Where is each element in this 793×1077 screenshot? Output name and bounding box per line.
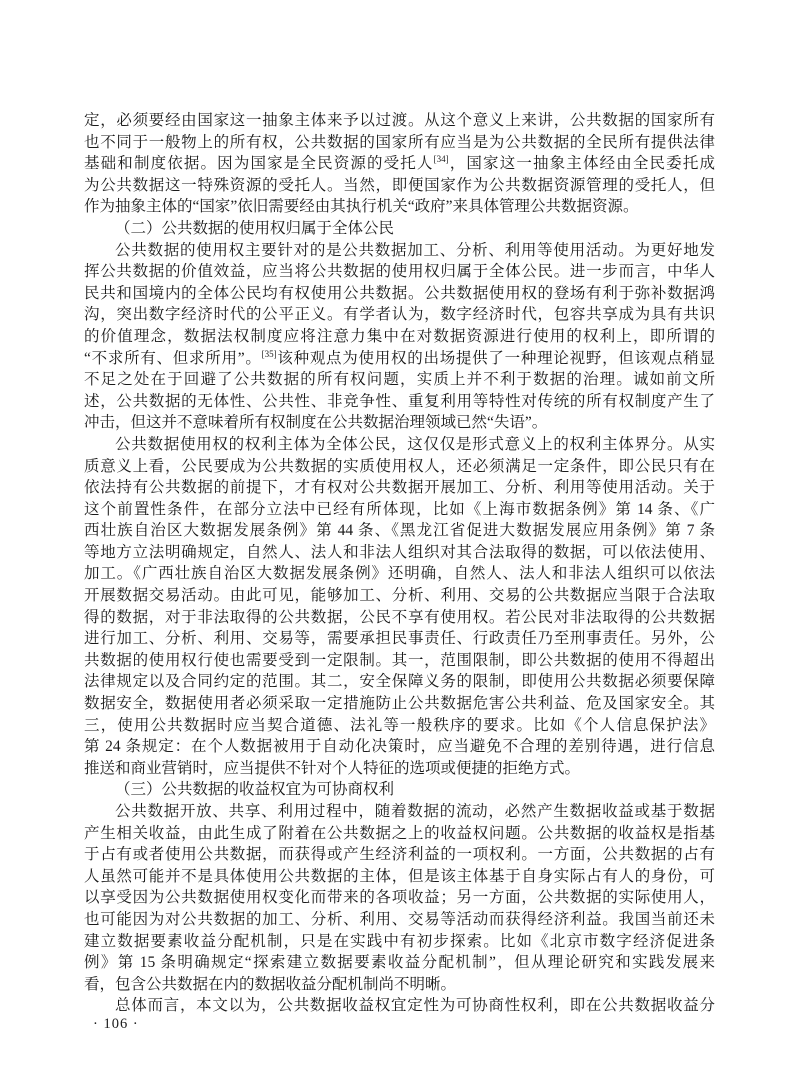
text-line: 沟，突出数字经济时代的公平正义。有学者认为，数字经济时代，包容共享成为具有共识 (84, 304, 715, 326)
text-line: 的价值理念，数据法权制度应将注意力集中在对数据资源进行使用的权利上，即所谓的 (84, 326, 715, 348)
text-line: 依法持有公共数据的前提下，才有权对公共数据开展加工、分析、利用等使用活动。关于 (84, 477, 715, 499)
text-line: 看，包含公共数据在内的数据收益分配机制尚不明晰。 (84, 974, 715, 996)
text-line: 建立数据要素收益分配机制，只是在实践中有初步探索。比如《北京市数字经济促进条 (84, 931, 715, 953)
text-line: 定，必须要经由国家这一抽象主体来予以过渡。从这个意义上来讲，公共数据的国家所有 (84, 110, 715, 132)
text-line: 作为抽象主体的“国家”依旧需要经由其执行机关“政府”来具体管理公共数据资源。 (84, 196, 715, 218)
text-line: 得的数据，对于非法取得的公共数据，公民不享有使用权。若公民对非法取得的公共数据 (84, 607, 715, 629)
text-line: 公共数据开放、共享、利用过程中，随着数据的流动，必然产生数据收益或基于数据 (84, 801, 715, 823)
text-line: 人虽然可能并不是具体使用公共数据的主体，但是该主体基于自身实际占有人的身份，可 (84, 866, 715, 888)
text-block: 定，必须要经由国家这一抽象主体来予以过渡。从这个意义上来讲，公共数据的国家所有也… (84, 110, 715, 1017)
text-line: 推送和商业营销时，应当提供不针对个人特征的选项或便捷的拒绝方式。 (84, 758, 715, 780)
text-line: 西壮族自治区大数据发展条例》第 44 条、《黑龙江省促进大数据发展应用条例》第 … (84, 520, 715, 542)
text-line: 等地方立法明确规定，自然人、法人和非法人组织对其合法取得的数据，可以依法使用、 (84, 542, 715, 564)
text-line: 公共数据的使用权主要针对的是公共数据加工、分析、利用等使用活动。为更好地发 (84, 240, 715, 262)
text-line: 基础和制度依据。因为国家是全民资源的受托人[34]，国家这一抽象主体经由全民委托… (84, 153, 715, 175)
text-line: 于占有或者使用公共数据，而获得或产生经济利益的一项权利。一方面，公共数据的占有 (84, 844, 715, 866)
text-line: 共数据的使用权行使也需要受到一定限制。其一，范围限制，即公共数据的使用不得超出 (84, 650, 715, 672)
text-line: 述，公共数据的无体性、公共性、非竞争性、重复利用等特性对传统的所有权制度产生了 (84, 391, 715, 413)
text-line: 质意义上看，公民要成为公共数据的实质使用权人，还必须满足一定条件，即公民只有在 (84, 456, 715, 478)
footnote-ref: [35] (262, 348, 277, 358)
text-line: 三，使用公共数据时应当契合道德、法礼等一般秩序的要求。比如《个人信息保护法》 (84, 715, 715, 737)
text-line: 也可能因为对公共数据的加工、分析、利用、交易等活动而获得经济利益。我国当前还未 (84, 909, 715, 931)
text-line: “不求所有、但求所用”。[35]该种观点为使用权的出场提供了一种理论视野，但该观… (84, 348, 715, 370)
text-line: 以享受因为公共数据使用权变化而带来的各项收益；另一方面，公共数据的实际使用人， (84, 887, 715, 909)
text-line: 第 24 条规定：在个人数据被用于自动化决策时，应当避免不合理的差别待遇，进行信… (84, 736, 715, 758)
text-line: 冲击，但这并不意味着所有权制度在公共数据治理领域已然“失语”。 (84, 412, 715, 434)
text-line: 民共和国境内的全体公民均有权使用公共数据。公共数据使用权的登场有利于弥补数据鸿 (84, 283, 715, 305)
text-line: 也不同于一般物上的所有权，公共数据的国家所有应当是为公共数据的全民所有提供法律 (84, 132, 715, 154)
text-line: 法律规定以及合同约定的范围。其二，安全保障义务的限制，即使用公共数据必须要保障 (84, 671, 715, 693)
text-line: 进行加工、分析、利用、交易等，需要承担民事责任、行政责任乃至刑事责任。另外，公 (84, 628, 715, 650)
text-line: 加工。《广西壮族自治区大数据发展条例》还明确，自然人、法人和非法人组织可以依法 (84, 563, 715, 585)
page-number: · 106 · (93, 1016, 139, 1033)
text-line: 为公共数据这一特殊资源的受托人。当然，即便国家作为公共数据资源管理的受托人，但 (84, 175, 715, 197)
text-line: 这个前置性条件，在部分立法中已经有所体现，比如《上海市数据条例》第 14 条、《… (84, 499, 715, 521)
text-line: 总体而言，本文以为，公共数据收益权宜定性为可协商性权利，即在公共数据收益分 (84, 995, 715, 1017)
text-line: 例》第 15 条明确规定“探索建立数据要素收益分配机制”，但从理论研究和实践发展… (84, 952, 715, 974)
section-heading-line: （三）公共数据的收益权宜为可协商权利 (84, 779, 715, 801)
footnote-ref: [34] (434, 154, 449, 164)
section-heading-line: （二）公共数据的使用权归属于全体公民 (84, 218, 715, 240)
text-line: 不足之处在于回避了公共数据的所有权问题，实质上并不利于数据的治理。诚如前文所 (84, 369, 715, 391)
text-line: 开展数据交易活动。由此可见，能够加工、分析、利用、交易的公共数据应当限于合法取 (84, 585, 715, 607)
text-line: 公共数据使用权的权利主体为全体公民，这仅仅是形式意义上的权利主体界分。从实 (84, 434, 715, 456)
text-line: 数据安全，数据使用者必须采取一定措施防止公共数据危害公共利益、危及国家安全。其 (84, 693, 715, 715)
document-page: 定，必须要经由国家这一抽象主体来予以过渡。从这个意义上来讲，公共数据的国家所有也… (0, 0, 793, 1077)
text-line: 产生相关收益，由此生成了附着在公共数据之上的收益权问题。公共数据的收益权是指基 (84, 823, 715, 845)
text-line: 挥公共数据的价值效益，应当将公共数据的使用权归属于全体公民。进一步而言，中华人 (84, 261, 715, 283)
